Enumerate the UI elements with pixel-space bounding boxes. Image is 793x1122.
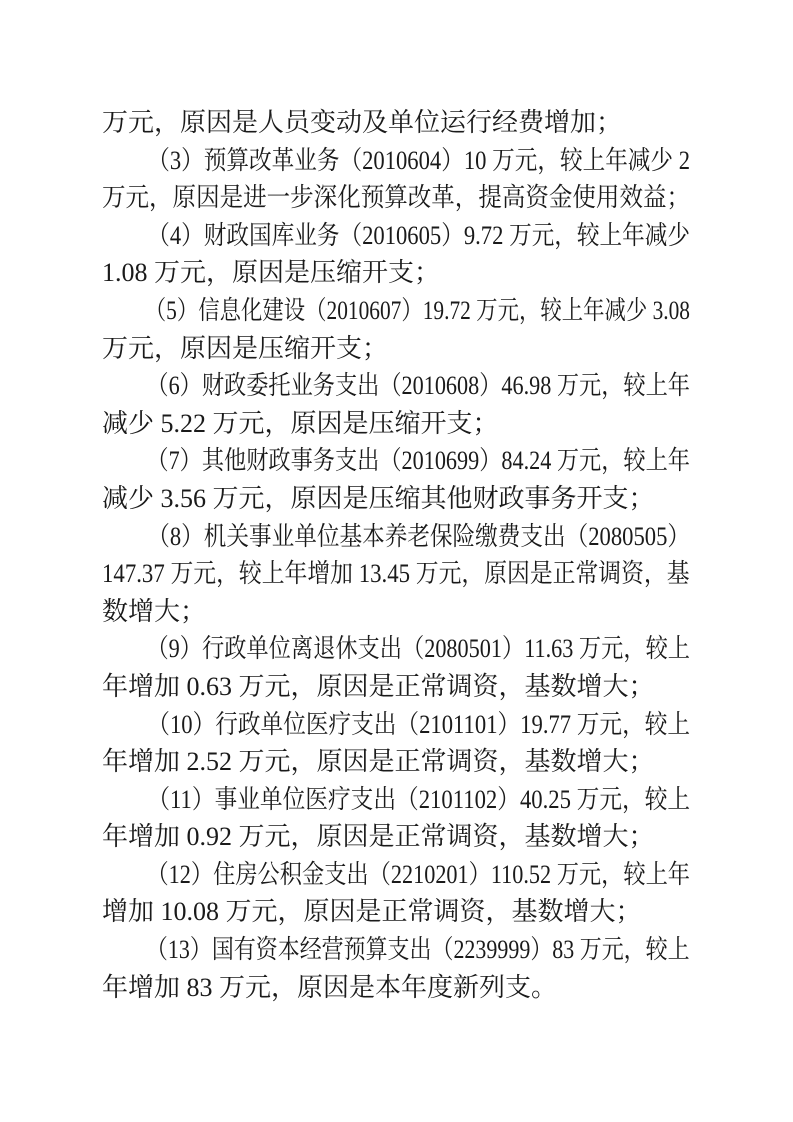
text-line: 减少 5.22 万元，原因是压缩开支； [102, 405, 690, 443]
text-line: （3）预算改革业务（2010604）10 万元，较上年减少 2 [102, 142, 613, 180]
text-line: （6）财政委托业务支出（2010608）46.98 万元，较上年 [102, 367, 604, 405]
text-line: 增加 10.08 万元，原因是正常调资，基数增大； [102, 893, 690, 931]
text-line: 数增大； [102, 593, 690, 631]
text-line: （13）国有资本经营预算支出（2239999）83 万元，较上 [102, 931, 599, 969]
text-line: 万元，原因是压缩开支； [102, 330, 690, 368]
text-line: 1.08 万元，原因是压缩开支； [102, 254, 690, 292]
text-line: 年增加 83 万元，原因是本年度新列支。 [102, 969, 690, 1007]
body-text-block: 万元，原因是人员变动及单位运行经费增加； （3）预算改革业务（2010604）1… [102, 104, 690, 1006]
text-line: （10）行政单位医疗支出（2101101）19.77 万元，较上 [102, 706, 614, 744]
text-line: 年增加 0.92 万元，原因是正常调资，基数增大； [102, 818, 690, 856]
document-page: 万元，原因是人员变动及单位运行经费增加； （3）预算改革业务（2010604）1… [0, 0, 793, 1122]
text-line: （9）行政单位离退休支出（2080501）11.63 万元，较上 [102, 630, 605, 668]
text-line: 年增加 2.52 万元，原因是正常调资，基数增大； [102, 743, 690, 781]
text-line: 万元，原因是人员变动及单位运行经费增加； [102, 104, 690, 142]
text-line: 147.37 万元，较上年增加 13.45 万元，原因是正常调资，基 [102, 555, 618, 593]
text-line: （5）信息化建设（2010607）19.72 万元，较上年减少 3.08 [102, 292, 586, 330]
text-line: （4）财政国库业务（2010605）9.72 万元，较上年减少 [102, 217, 613, 255]
text-line: 万元，原因是进一步深化预算改革，提高资金使用效益； [102, 179, 634, 217]
text-line: （8）机关事业单位基本养老保险缴费支出（2080505） [102, 518, 613, 556]
text-line: （7）其他财政事务支出（2010699）84.24 万元，较上年 [102, 442, 604, 480]
text-line: （12）住房公积金支出（2210201）110.52 万元，较上年 [102, 856, 605, 894]
text-line: （11）事业单位医疗支出（2101102）40.25 万元，较上 [102, 781, 615, 819]
text-line: 减少 3.56 万元，原因是压缩其他财政事务开支； [102, 480, 690, 518]
text-line: 年增加 0.63 万元，原因是正常调资，基数增大； [102, 668, 690, 706]
